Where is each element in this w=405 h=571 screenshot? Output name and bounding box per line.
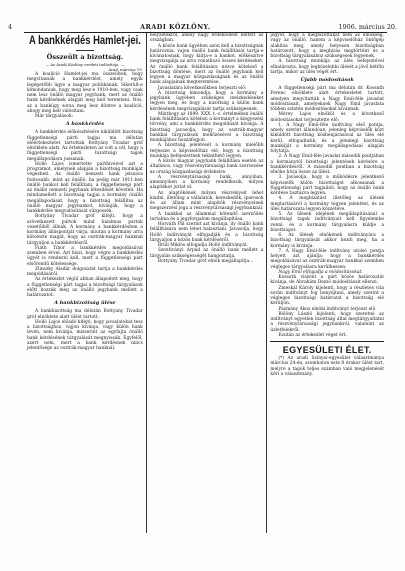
- enumeration: A közös magyar jegybank felállítása eset…: [150, 159, 264, 175]
- paragraph: A bankkérdés előkészítésére kiküldött bi…: [27, 130, 143, 162]
- section-title: A bankbizottság ülése: [27, 300, 143, 307]
- paragraph: Mérey Lajos elnököl és a következő módos…: [270, 112, 384, 123]
- numbered-item: 7. A Nagy Emil-féle indítvány utolsó pon…: [270, 249, 384, 270]
- section-divider: [270, 341, 384, 342]
- paragraph: Holló Lajos előadó kifejti, hogy javasla…: [27, 320, 143, 352]
- paragraph: Javaslatára következőkben terjeszti elő:: [150, 86, 264, 91]
- paper-name: ARADI KÖZLÖNY.: [140, 23, 210, 31]
- paragraph: Már tárgyalások:: [27, 114, 143, 119]
- paragraph: helyzetekről, amely nagy érdeklődést kel…: [150, 33, 264, 44]
- paragraph: A bankbizottság ma délután Bottyány Tiva…: [27, 309, 143, 320]
- paragraph: Fiáth Tibor a bankkérdés megoldásával sz…: [27, 246, 143, 267]
- paragraph: Zlinszky Aladár dolgozatát tartja a bank…: [27, 267, 143, 278]
- numbered-item: 3. Javasolja, hogy a működésre jelentkez…: [270, 175, 384, 196]
- subhead: Összeült a bizottság.: [27, 53, 143, 62]
- paragraph: Horváth Pál szerint azt kívánja, ily öná…: [150, 222, 264, 243]
- paragraph: jogyot, hogy a megbízottakat nem az elnö…: [270, 33, 384, 59]
- paragraph: (*) Az aradi Szinyei-egyesület választmá…: [270, 356, 384, 377]
- numbered-item: 2. A Nagy Emil-féle javaslat második pon…: [270, 154, 384, 175]
- paragraph: A függetlenségi párt ma délután dr. Koss…: [270, 86, 384, 112]
- issue-date: 1906. március 20.: [339, 23, 397, 31]
- newspaper-page: 4 ARADI KÖZLÖNY. 1906. március 20. A ban…: [0, 0, 405, 571]
- column-3: jogyot, hogy a megbízottakat nem az elnö…: [266, 33, 387, 533]
- enumeration: A bankkal az állammal kötendő szerződés …: [150, 212, 264, 223]
- paragraph: A közös bank ügyében azon kell a bizotts…: [150, 44, 264, 86]
- masthead: 4 ARADI KÖZLÖNY. 1906. március 20.: [8, 21, 397, 31]
- page-number: 4: [8, 23, 12, 31]
- paragraph: A bizottság kimondja, hogy a kormány a j…: [150, 91, 264, 112]
- headline: A bankkérdés Hamlet-jei.: [28, 34, 143, 48]
- column-1: A bankkérdés Hamlet-jei. Összeült a bizo…: [24, 33, 146, 533]
- numbered-item: 5. Az ülések idejének megállapításánál a…: [270, 212, 384, 233]
- numbered-item: 1. A Nagy Emil-féle indítvány első pontj…: [270, 123, 384, 155]
- paragraph: Holló Lajos ismertette párthíveivel azt …: [27, 162, 143, 215]
- paragraph: A koalíció Hamlet-jei ma összeültek, hog…: [27, 72, 143, 114]
- paragraph: Zmeskál Károly kijelenti, hogy a részlet…: [270, 286, 384, 307]
- column-2: helyzetekről, amely nagy érdeklődést kel…: [146, 33, 267, 533]
- paragraph: Kossuth viszont a párt közös határozatát…: [270, 275, 384, 286]
- enumeration: Az alaptőkének milyen részvényeit lehet …: [150, 191, 264, 212]
- paragraph: A bizottság jelentését a kormány mielőbb…: [150, 143, 264, 159]
- divider: [76, 50, 94, 51]
- paragraph: Ezután az értekezlet véget ért.: [270, 333, 384, 338]
- section-title: Újabb módosítások: [270, 77, 384, 84]
- section-title: A bankkérdés: [27, 121, 143, 128]
- columns: A bankkérdés Hamlet-jei. Összeült a bizo…: [24, 33, 387, 533]
- paragraph: Szentiványi Árpád az önálló bank mellett…: [150, 248, 264, 259]
- paragraph: Bottyány Tivadar gróf kifejti, hogy a sz…: [27, 214, 143, 246]
- club-news-title: EGYESÜLETI ÉLET.: [270, 344, 384, 356]
- paragraph: Az értekezlet végül abban állapodott meg…: [27, 277, 143, 298]
- numbered-item: 4. A megbízatást illetőleg az ülések meg…: [270, 196, 384, 212]
- numbered-item: 6. Az ülések elnökének indítványára a bi…: [270, 233, 384, 249]
- paragraph: Bölöny László kijelenti, hogy szeretné a…: [270, 312, 384, 333]
- paragraph: Bottyány Tivadar gróf elnök megállapítja…: [150, 259, 264, 264]
- paragraph: Minthogy az 1899. XXX. t.-c. értelmében …: [150, 112, 264, 144]
- paragraph: A bizottság munkája az ülés befejeztével…: [270, 59, 384, 75]
- paragraph: Pázmány Ákos elnöki indítványt terjeszt …: [270, 307, 384, 312]
- enumeration: A részvénytársasági bank, annyiban, amen…: [150, 175, 264, 191]
